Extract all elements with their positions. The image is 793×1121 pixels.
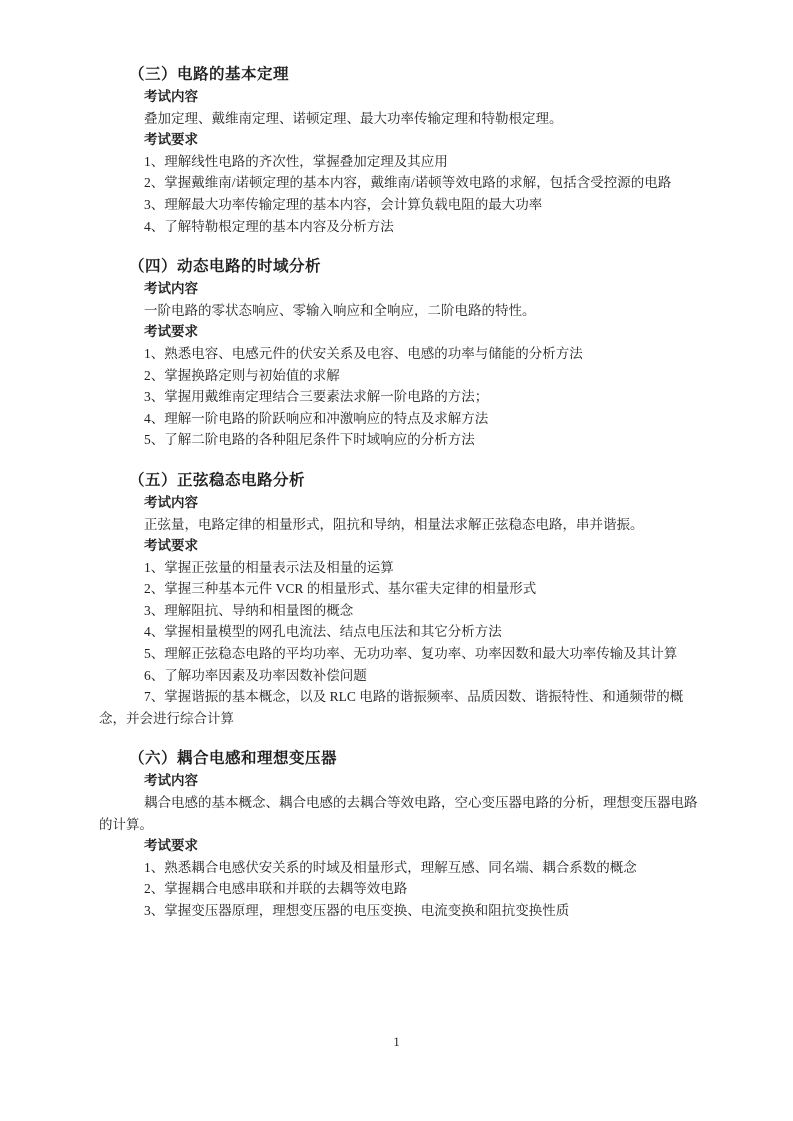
- section-heading: （三）电路的基本定理: [129, 64, 700, 86]
- requirement-item: 3、掌握变压器原理，理想变压器的电压变换、电流变换和阻抗变换性质: [99, 900, 700, 922]
- page-number: 1: [0, 1034, 793, 1050]
- requirement-item: 5、理解正弦稳态电路的平均功率、无功功率、复功率、功率因数和最大功率传输及其计算: [99, 643, 700, 665]
- requirement-item: 6、了解功率因素及功率因数补偿问题: [99, 665, 700, 687]
- requirement-item: 2、掌握三种基本元件 VCR 的相量形式、基尔霍夫定律的相量形式: [99, 578, 700, 600]
- requirement-item: 2、掌握换路定则与初始值的求解: [99, 365, 700, 387]
- requirement-item: 1、熟悉耦合电感伏安关系的时域及相量形式，理解互感、同名端、耦合系数的概念: [99, 857, 700, 879]
- exam-requirements-label: 考试要求: [99, 129, 700, 151]
- exam-content-label: 考试内容: [99, 492, 700, 514]
- exam-content-label: 考试内容: [99, 86, 700, 108]
- section-heading: （五）正弦稳态电路分析: [129, 470, 700, 492]
- requirement-item: 4、理解一阶电路的阶跃响应和冲激响应的特点及求解方法: [99, 408, 700, 430]
- requirement-item: 3、理解最大功率传输定理的基本内容，会计算负载电阻的最大功率: [99, 194, 700, 216]
- requirement-item: 5、了解二阶电路的各种阻尼条件下时域响应的分析方法: [99, 429, 700, 451]
- section-heading: （四）动态电路的时域分析: [129, 256, 700, 278]
- requirement-item: 3、掌握用戴维南定理结合三要素法求解一阶电路的方法；: [99, 386, 700, 408]
- exam-content-text: 叠加定理、戴维南定理、诺顿定理、最大功率传输定理和特勒根定理。: [99, 108, 700, 130]
- exam-requirements-label: 考试要求: [99, 321, 700, 343]
- requirement-item: 4、掌握相量模型的网孔电流法、结点电压法和其它分析方法: [99, 621, 700, 643]
- requirement-item: 3、理解阻抗、导纳和相量图的概念: [99, 600, 700, 622]
- exam-content-label: 考试内容: [99, 770, 700, 792]
- exam-content-text: 一阶电路的零状态响应、零输入响应和全响应，二阶电路的特性。: [99, 300, 700, 322]
- section-sinusoidal-steady-state: （五）正弦稳态电路分析 考试内容 正弦量，电路定律的相量形式，阻抗和导纳，相量法…: [99, 470, 700, 730]
- document-page: （三）电路的基本定理 考试内容 叠加定理、戴维南定理、诺顿定理、最大功率传输定理…: [0, 0, 793, 1121]
- requirement-item: 4、了解特勒根定理的基本内容及分析方法: [99, 216, 700, 238]
- section-heading: （六）耦合电感和理想变压器: [129, 748, 700, 770]
- exam-content-text: 耦合电感的基本概念、耦合电感的去耦合等效电路，空心变压器电路的分析，理想变压器电…: [99, 792, 700, 835]
- requirement-item: 1、熟悉电容、电感元件的伏安关系及电容、电感的功率与储能的分析方法: [99, 343, 700, 365]
- section-dynamic-circuits: （四）动态电路的时域分析 考试内容 一阶电路的零状态响应、零输入响应和全响应，二…: [99, 256, 700, 451]
- section-circuit-theorems: （三）电路的基本定理 考试内容 叠加定理、戴维南定理、诺顿定理、最大功率传输定理…: [99, 64, 700, 237]
- section-coupled-inductors-transformers: （六）耦合电感和理想变压器 考试内容 耦合电感的基本概念、耦合电感的去耦合等效电…: [99, 748, 700, 921]
- exam-content-label: 考试内容: [99, 278, 700, 300]
- exam-requirements-label: 考试要求: [99, 535, 700, 557]
- exam-requirements-label: 考试要求: [99, 835, 700, 857]
- document-content: （三）电路的基本定理 考试内容 叠加定理、戴维南定理、诺顿定理、最大功率传输定理…: [99, 64, 700, 922]
- requirement-item: 1、理解线性电路的齐次性，掌握叠加定理及其应用: [99, 151, 700, 173]
- exam-content-text: 正弦量，电路定律的相量形式，阻抗和导纳，相量法求解正弦稳态电路，串并谐振。: [99, 514, 700, 536]
- requirement-item: 2、掌握耦合电感串联和并联的去耦等效电路: [99, 878, 700, 900]
- requirement-item: 1、掌握正弦量的相量表示法及相量的运算: [99, 557, 700, 579]
- requirement-item: 7、掌握谐振的基本概念，以及 RLC 电路的谐振频率、品质因数、谐振特性、和通频…: [99, 686, 700, 729]
- requirement-item: 2、掌握戴维南/诺顿定理的基本内容，戴维南/诺顿等效电路的求解，包括含受控源的电…: [99, 172, 700, 194]
